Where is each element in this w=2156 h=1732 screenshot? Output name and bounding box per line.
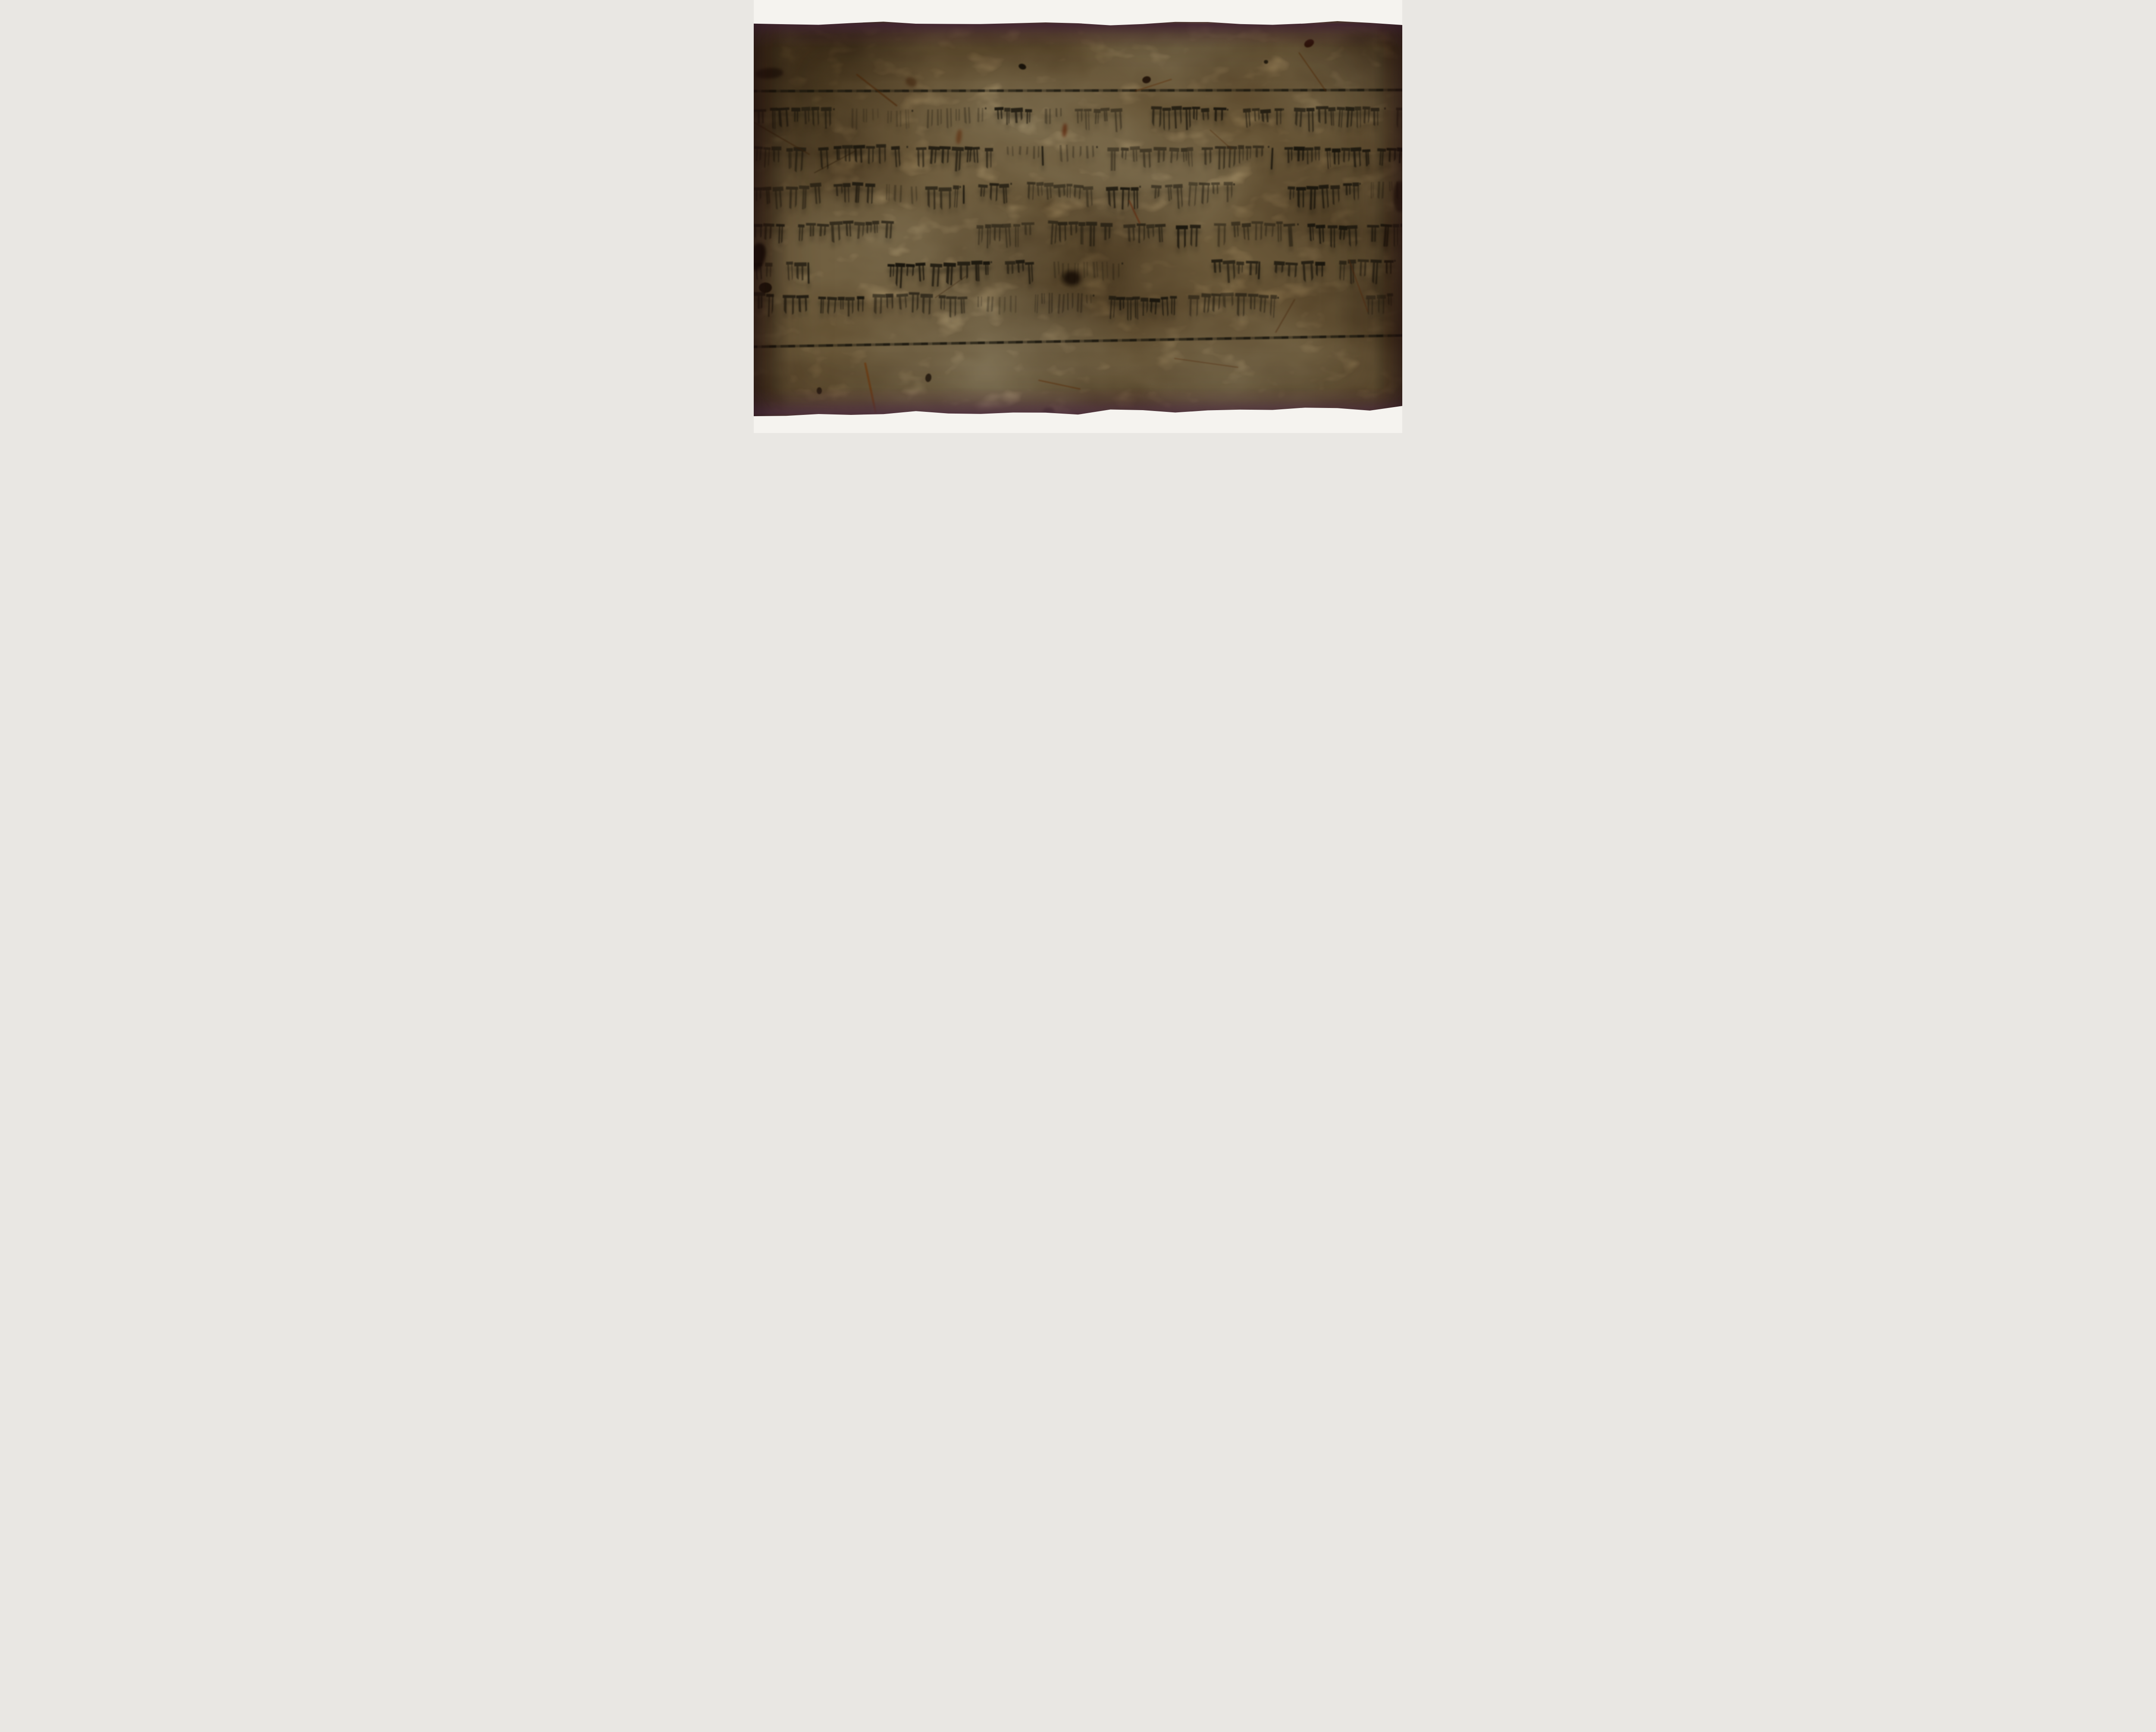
- manuscript-leaf: [754, 0, 1402, 433]
- photo-background: [754, 0, 1402, 433]
- paper-vignette: [754, 0, 1402, 433]
